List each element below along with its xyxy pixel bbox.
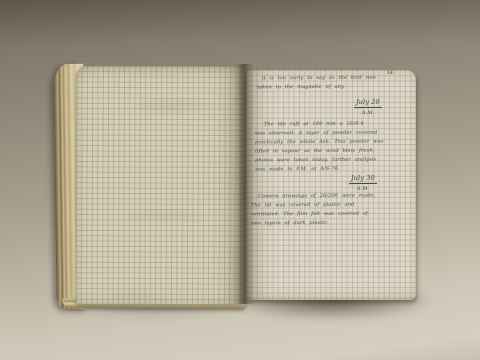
left-blank-page [76, 66, 247, 305]
photo-scene: 14. it is too early to say as the bird w… [0, 0, 480, 360]
handwritten-line: it is too early to say as the bird was [257, 74, 376, 84]
right-written-page: 14. it is too early to say as the bird w… [246, 70, 416, 300]
handwritten-line: taken to the magnetic of any. [257, 83, 376, 93]
entry-paragraph-july-30: Camera drawings of 26/200 were made. The… [251, 192, 375, 229]
entry-heading-july-30: July 30 A.M. [349, 174, 377, 193]
carryover-paragraph: it is too early to say as the bird was t… [257, 74, 376, 93]
handwritten-line: Camera drawings of 26/200 were made. [251, 192, 375, 202]
handwritten-line: photos were taken today, further analysi… [255, 156, 384, 166]
entry-meridiem: A.M. [354, 109, 382, 117]
entry-date: July 29 [354, 98, 382, 108]
entry-date: July 30 [349, 174, 377, 184]
handwritten-line: was made in P.M. at A/S-76. [255, 165, 384, 175]
entry-heading-july-29: July 29 A.M. [354, 98, 382, 117]
page-number: 14. [387, 71, 395, 77]
entry-paragraph-july-29: The life raft at 100 mm a 26/9-4 was obs… [255, 120, 384, 175]
handwritten-line: two layers of dark plastic. [251, 219, 375, 229]
handwritten-line: ventilated. The film felt was covered of [251, 210, 375, 220]
